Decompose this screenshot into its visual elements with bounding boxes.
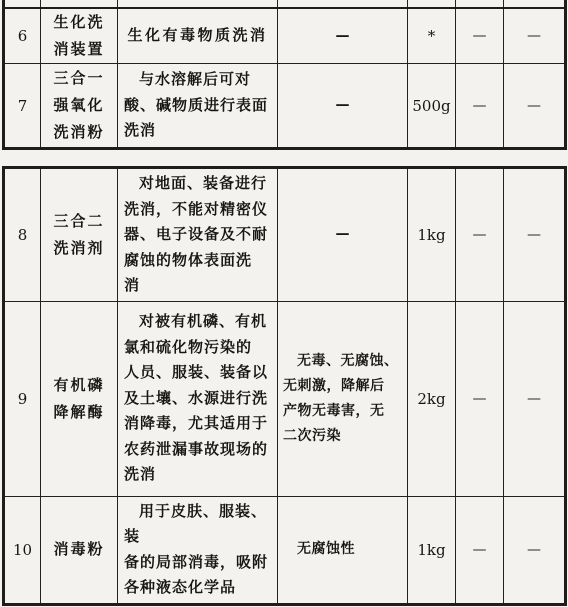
cell-properties: 无腐蚀性 — [278, 496, 408, 604]
cell-item-name: 消毒粉 — [41, 496, 118, 604]
cell-remark-2: — — [504, 496, 566, 604]
cell-item-name: 三合二 洗消剂 — [41, 168, 118, 302]
cell-remark-2: — — [504, 64, 566, 149]
cell-usage-description: 对地面、装备进行 洗消，不能对精密仪 器、电子设备及不耐 腐蚀的物体表面洗 消 — [118, 168, 278, 302]
cell-item-name: 三合一 强氧化 洗消粉 — [41, 64, 118, 149]
cell-remark-1: — — [456, 168, 504, 302]
empty-cell — [4, 0, 41, 8]
cell-spec-weight: * — [408, 8, 456, 64]
empty-cell — [408, 0, 456, 8]
cell-spec-weight: 1kg — [408, 168, 456, 302]
partial-row-sliver — [4, 0, 566, 8]
table-row: 10消毒粉用于皮肤、服装、装 备的局部消毒，吸附 各种液态化学品无腐蚀性1kg—… — [4, 496, 566, 604]
table-row: 7三合一 强氧化 洗消粉与水溶解后可对 酸、碱物质进行表面 洗消—500g—— — [4, 64, 566, 149]
table-row: 9有机磷 降解酶对被有机磷、有机 氯和硫化物污染的 人员、服装、装备以 及土壤、… — [4, 301, 566, 496]
cell-item-number: 6 — [4, 8, 41, 64]
cell-properties: — — [278, 8, 408, 64]
empty-cell — [41, 0, 118, 8]
cell-usage-description: 用于皮肤、服装、装 备的局部消毒，吸附 各种液态化学品 — [118, 496, 278, 604]
cell-item-number: 8 — [4, 168, 41, 302]
cell-remark-2: — — [504, 301, 566, 496]
cell-properties: — — [278, 64, 408, 149]
cell-spec-weight: 500g — [408, 64, 456, 149]
cell-remark-2: — — [504, 8, 566, 64]
table-block: 8三合二 洗消剂对地面、装备进行 洗消，不能对精密仪 器、电子设备及不耐 腐蚀的… — [2, 166, 567, 606]
cell-remark-1: — — [456, 496, 504, 604]
cell-item-name: 生化洗 消装置 — [41, 8, 118, 64]
cell-properties: — — [278, 168, 408, 302]
cell-usage-description: 生化有毒物质洗消 — [118, 8, 278, 64]
empty-cell — [278, 0, 408, 8]
cell-item-name: 有机磷 降解酶 — [41, 301, 118, 496]
cell-item-number: 7 — [4, 64, 41, 149]
cell-item-number: 9 — [4, 301, 41, 496]
cell-remark-1: — — [456, 64, 504, 149]
cell-usage-description: 对被有机磷、有机 氯和硫化物污染的 人员、服装、装备以 及土壤、水源进行洗 消降… — [118, 301, 278, 496]
table-block: 6生化洗 消装置生化有毒物质洗消—*——7三合一 强氧化 洗消粉与水溶解后可对 … — [2, 0, 567, 150]
cell-remark-2: — — [504, 168, 566, 302]
empty-cell — [504, 0, 566, 8]
cell-remark-1: — — [456, 301, 504, 496]
cell-spec-weight: 2kg — [408, 301, 456, 496]
empty-cell — [118, 0, 278, 8]
scanned-document-page: 6生化洗 消装置生化有毒物质洗消—*——7三合一 强氧化 洗消粉与水溶解后可对 … — [0, 0, 568, 607]
cell-spec-weight: 1kg — [408, 496, 456, 604]
table-row: 8三合二 洗消剂对地面、装备进行 洗消，不能对精密仪 器、电子设备及不耐 腐蚀的… — [4, 168, 566, 302]
cell-item-number: 10 — [4, 496, 41, 604]
cell-remark-1: — — [456, 8, 504, 64]
cell-usage-description: 与水溶解后可对 酸、碱物质进行表面 洗消 — [118, 64, 278, 149]
table-row: 6生化洗 消装置生化有毒物质洗消—*—— — [4, 8, 566, 64]
cell-properties: 无毒、无腐蚀、 无刺激，降解后 产物无毒害，无 二次污染 — [278, 301, 408, 496]
empty-cell — [456, 0, 504, 8]
